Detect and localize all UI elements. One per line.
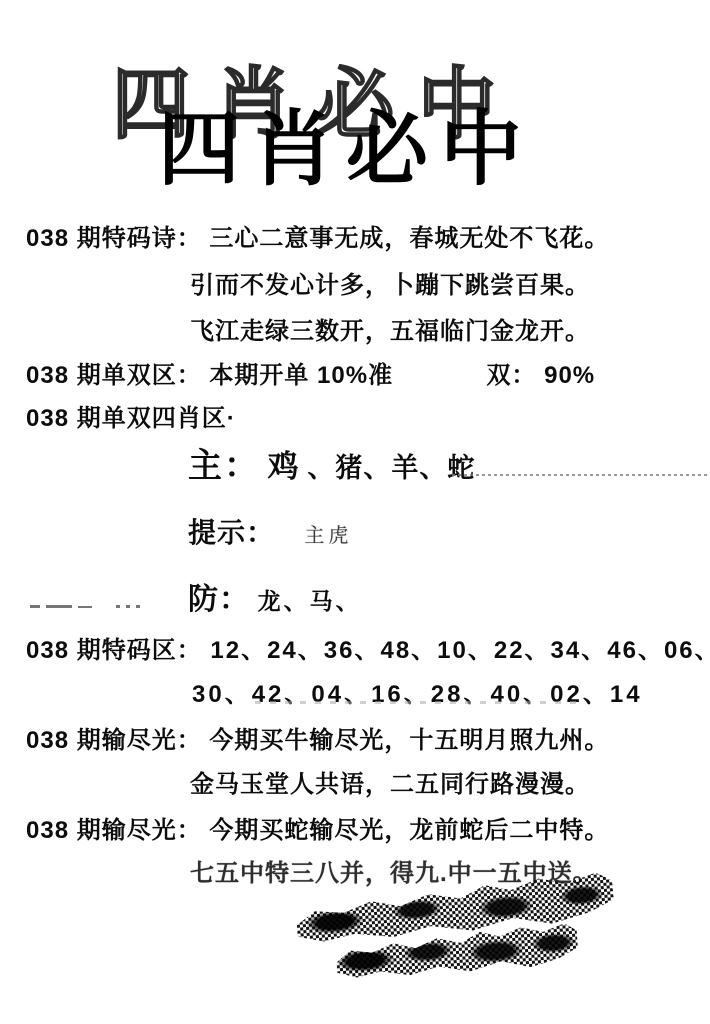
- special-numbers-line-1: 12、24、36、48、10、22、34、46、06、18、: [210, 637, 710, 664]
- poem-line-1: 三心二意事无成，春城无处不飞花。: [209, 225, 609, 252]
- lose-all-1-line-1: 今期买牛输尽光，十五明月照九州。: [209, 727, 609, 754]
- lose-all-2-label: 038 期输尽光：: [26, 817, 202, 844]
- special-numbers-row-1: 038 期特码区： 12、24、36、48、10、22、34、46、06、18、: [26, 630, 710, 665]
- odd-even-value: 本期开单 10%准: [209, 362, 393, 389]
- poem-label: 038 期特码诗：: [26, 225, 202, 252]
- four-zodiac-header: 038 期单双四肖区·: [26, 398, 236, 433]
- lose-all-1-row-1: 038 期输尽光： 今期买牛输尽光，十五明月照九州。: [26, 720, 609, 755]
- even-value: 90%: [544, 362, 595, 389]
- lose-all-1-line-2: 金马玉堂人共语，二五同行路漫漫。: [190, 771, 590, 798]
- poem-row-3: 飞江走绿三数开，五福临门金龙开。: [190, 311, 590, 346]
- special-numbers-label: 038 期特码区：: [26, 637, 202, 664]
- ghost-print-artifact: [255, 701, 585, 704]
- guard-label: 防：: [188, 583, 250, 616]
- lose-all-2-line-1: 今期买蛇输尽光，龙前蛇后二中特。: [209, 817, 609, 844]
- poem-row-1: 038 期特码诗： 三心二意事无成，春城无处不飞花。: [26, 218, 609, 253]
- guard-value: 龙、马、: [258, 588, 362, 614]
- main-zodiac-first: 鸡: [268, 449, 300, 484]
- dotted-rule: [452, 474, 708, 476]
- erased-text-artifact: [30, 598, 180, 608]
- poem-line-2: 引而不发心计多，卜蹦下跳尝百果。: [190, 272, 590, 299]
- main-zodiac-row: 主： 鸡 、猪、羊、蛇: [188, 438, 475, 487]
- odd-even-label: 038 期单双区：: [26, 362, 202, 389]
- even-label: 双：: [486, 362, 536, 389]
- page-title: 四肖必中: [158, 84, 534, 201]
- guard-row: 防： 龙、马、: [188, 574, 362, 618]
- poem-row-2: 引而不发心计多，卜蹦下跳尝百果。: [190, 265, 590, 300]
- poem-line-3: 飞江走绿三数开，五福临门金龙开。: [190, 318, 590, 345]
- hint-row: 提示： 主虎: [188, 511, 352, 551]
- main-zodiac-rest: 、猪、羊、蛇: [307, 453, 475, 483]
- lose-all-1-label: 038 期输尽光：: [26, 727, 202, 754]
- hint-value: 主虎: [304, 525, 352, 547]
- lose-all-1-row-2: 金马玉堂人共语，二五同行路漫漫。: [190, 764, 590, 799]
- main-label: 主：: [188, 447, 260, 485]
- odd-even-row: 038 期单双区： 本期开单 10%准 双： 90%: [26, 355, 595, 390]
- tip-sheet-page: 四肖必中 四肖必中 038 期特码诗： 三心二意事无成，春城无处不飞花。 引而不…: [0, 0, 710, 1024]
- hint-label: 提示：: [188, 517, 275, 548]
- lose-all-2-row-1: 038 期输尽光： 今期买蛇输尽光，龙前蛇后二中特。: [26, 810, 609, 845]
